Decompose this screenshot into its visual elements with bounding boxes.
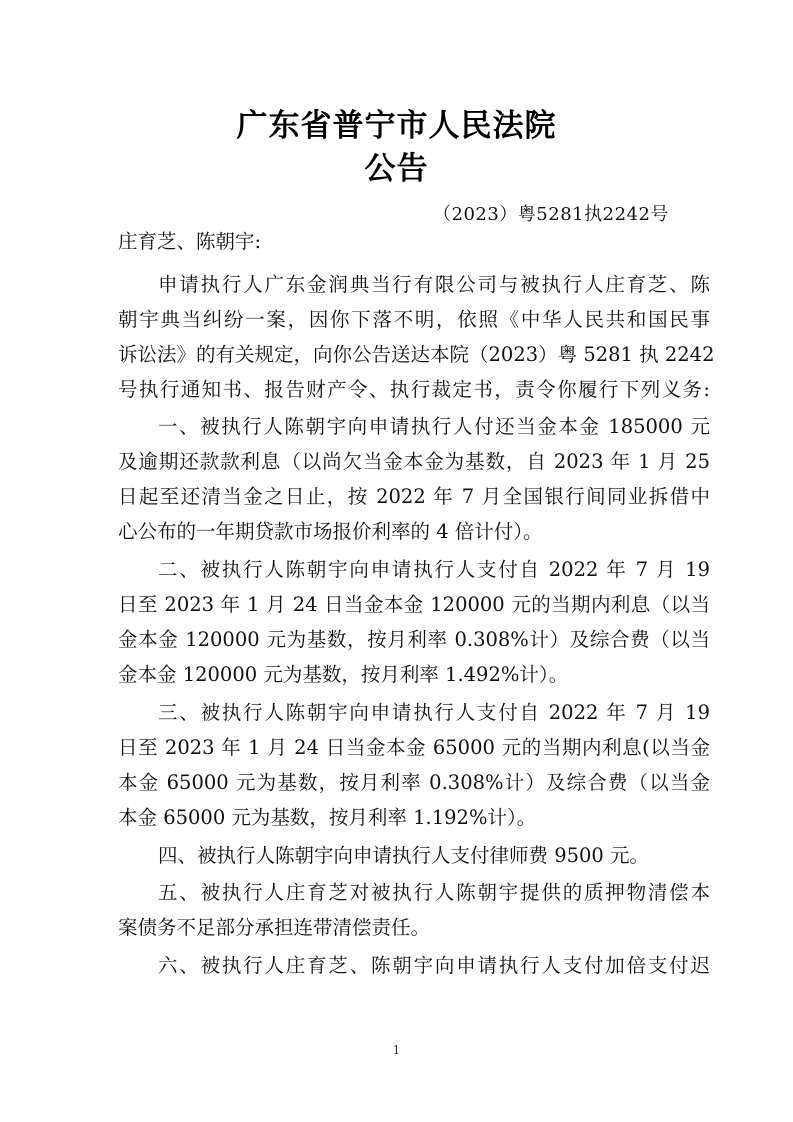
body-text-line: 本金 65000 元为基数，按月利率 0.308%计）及综合费（以当金: [118, 770, 710, 796]
case-number: （2023）粤5281执2242号: [433, 200, 669, 226]
body-text-line: 本金 65000 元为基数，按月利率 1.192%计）。: [118, 805, 710, 831]
body-text-line: 心公布的一年期贷款市场报价利率的 4 倍计付）。: [118, 519, 710, 545]
body-text-line: 案债务不足部分承担连带清偿责任。: [118, 915, 710, 941]
body-text-line: 一、被执行人陈朝宇向申请执行人付还当金本金 185000 元: [158, 414, 710, 440]
body-text-line: 日至 2023 年 1 月 24 日当金本金 65000 元的当期内利息(以当金: [118, 735, 710, 761]
body-text-line: 申请执行人广东金润典当行有限公司与被执行人庄育芝、陈: [158, 272, 710, 298]
body-text-line: 诉讼法》的有关规定，向你公告送达本院（2023）粤 5281 执 2242: [118, 342, 710, 368]
court-name-title: 广东省普宁市人民法院: [0, 100, 793, 145]
body-text-line: 及逾期还款款利息（以尚欠当金本金为基数，自 2023 年 1 月 25: [118, 449, 710, 475]
document-type-title: 公告: [0, 143, 793, 188]
body-text-line: 三、被执行人陈朝宇向申请执行人支付自 2022 年 7 月 19: [158, 700, 710, 726]
body-text-line: 五、被执行人庄育芝对被执行人陈朝宇提供的质押物清偿本: [158, 880, 710, 906]
body-text-line: 六、被执行人庄育芝、陈朝宇向申请执行人支付加倍支付迟: [158, 953, 710, 979]
body-text-line: 四、被执行人陈朝宇向申请执行人支付律师费 9500 元。: [158, 843, 710, 869]
page-number: 1: [0, 1043, 793, 1057]
addressee-line: 庄育芝、陈朝宇:: [118, 229, 710, 255]
body-text-line: 朝宇典当纠纷一案，因你下落不明，依照《中华人民共和国民事: [118, 307, 710, 333]
body-text-line: 号执行通知书、报告财产令、执行裁定书，责令你履行下列义务:: [118, 377, 710, 403]
body-text-line: 日起至还清当金之日止，按 2022 年 7 月全国银行间同业拆借中: [118, 484, 710, 510]
body-text-line: 金本金 120000 元为基数，按月利率 1.492%计）。: [118, 662, 710, 688]
body-text-line: 金本金 120000 元为基数，按月利率 0.308%计）及综合费（以当: [118, 627, 710, 653]
body-text-line: 日至 2023 年 1 月 24 日当金本金 120000 元的当期内利息（以当: [118, 592, 710, 618]
body-text-line: 二、被执行人陈朝宇向申请执行人支付自 2022 年 7 月 19: [158, 557, 710, 583]
